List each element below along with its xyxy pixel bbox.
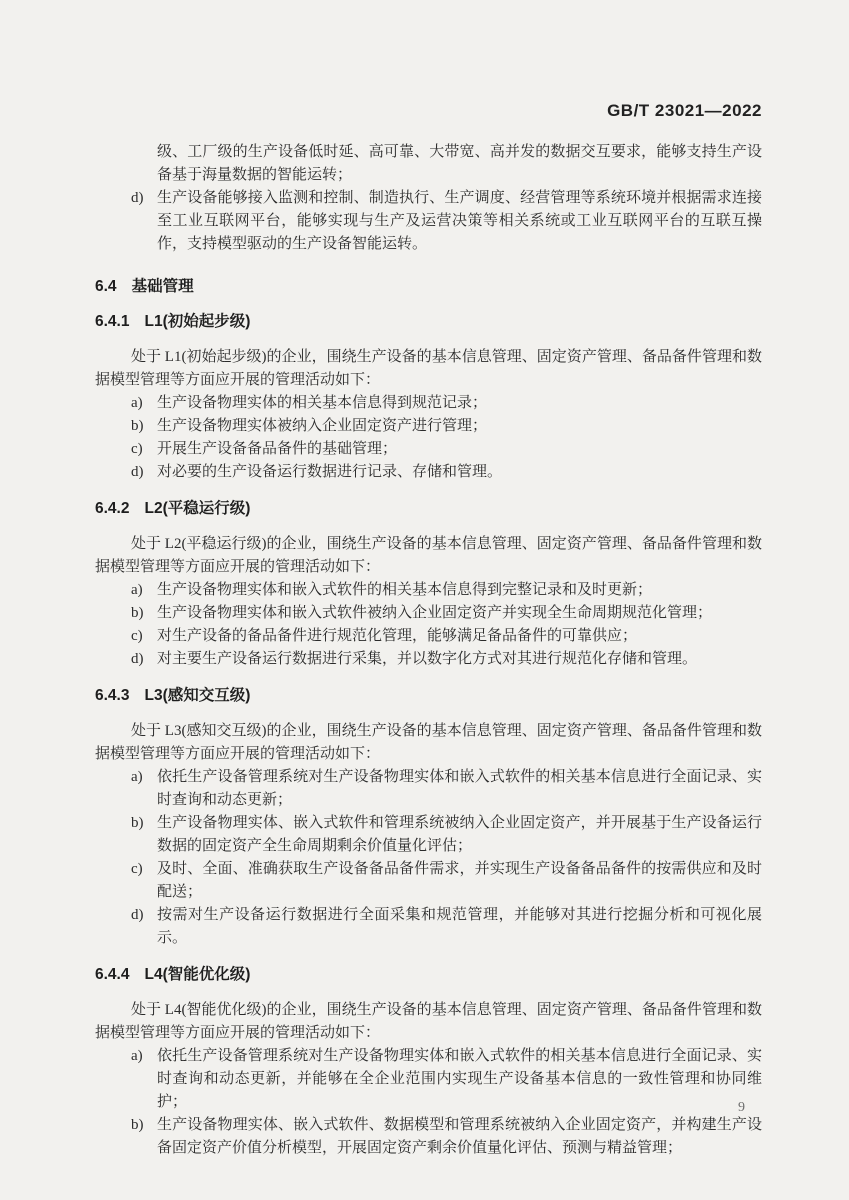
- subsection-title: L1(初始起步级): [144, 313, 250, 330]
- list-marker: a): [131, 766, 143, 789]
- list-text: 生产设备物理实体、嵌入式软件、数据模型和管理系统被纳入企业固定资产，并构建生产设…: [157, 1117, 762, 1156]
- intro-paragraph: 处于 L4(智能优化级)的企业，围绕生产设备的基本信息管理、固定资产管理、备品备…: [95, 999, 762, 1045]
- list-item: c) 及时、全面、准确获取生产设备备品备件需求，并实现生产设备备品备件的按需供应…: [95, 858, 762, 904]
- list-text: 生产设备物理实体被纳入企业固定资产进行管理；: [157, 418, 487, 434]
- list-marker: b): [131, 812, 144, 835]
- list-item: b) 生产设备物理实体被纳入企业固定资产进行管理；: [95, 415, 762, 438]
- list-text: 生产设备物理实体和嵌入式软件被纳入企业固定资产并实现全生命周期规范化管理；: [157, 605, 712, 621]
- list-item: b) 生产设备物理实体、嵌入式软件、数据模型和管理系统被纳入企业固定资产，并构建…: [95, 1114, 762, 1160]
- subsection-number: 6.4.3: [95, 687, 129, 704]
- list-text: 生产设备物理实体、嵌入式软件和管理系统被纳入企业固定资产，并开展基于生产设备运行…: [157, 815, 762, 854]
- list-text: 生产设备物理实体的相关基本信息得到规范记录；: [157, 395, 487, 411]
- subsection-heading: 6.4.4L4(智能优化级): [95, 965, 762, 985]
- subsection-title: L2(平稳运行级): [144, 500, 250, 517]
- section-title: 基础管理: [132, 278, 194, 295]
- list-marker: d): [131, 648, 144, 671]
- list-text: 依托生产设备管理系统对生产设备物理实体和嵌入式软件的相关基本信息进行全面记录、实…: [157, 1048, 762, 1110]
- list-item: c) 开展生产设备备品备件的基础管理；: [95, 438, 762, 461]
- list-item: d) 对主要生产设备运行数据进行采集，并以数字化方式对其进行规范化存储和管理。: [95, 648, 762, 671]
- list-marker: a): [131, 579, 143, 602]
- standard-number: GB/T 23021—2022: [95, 102, 762, 120]
- list-item: a) 依托生产设备管理系统对生产设备物理实体和嵌入式软件的相关基本信息进行全面记…: [95, 1045, 762, 1114]
- intro-paragraph: 处于 L1(初始起步级)的企业，围绕生产设备的基本信息管理、固定资产管理、备品备…: [95, 346, 762, 392]
- list-marker: a): [131, 1045, 143, 1068]
- list-text: 按需对生产设备运行数据进行全面采集和规范管理，并能够对其进行挖掘分析和可视化展示…: [157, 907, 762, 946]
- list-marker: d): [131, 904, 144, 927]
- subsection-title: L4(智能优化级): [144, 966, 250, 983]
- list-marker: d): [131, 187, 144, 210]
- continued-item-tail: 级、工厂级的生产设备低时延、高可靠、大带宽、高并发的数据交互要求，能够支持生产设…: [95, 141, 762, 187]
- list-item: d) 对必要的生产设备运行数据进行记录、存储和管理。: [95, 461, 762, 484]
- document-page: GB/T 23021—2022 级、工厂级的生产设备低时延、高可靠、大带宽、高并…: [0, 0, 849, 1200]
- list-item: d) 按需对生产设备运行数据进行全面采集和规范管理，并能够对其进行挖掘分析和可视…: [95, 904, 762, 950]
- subsection-number: 6.4.4: [95, 966, 129, 983]
- list-marker: b): [131, 415, 144, 438]
- intro-paragraph: 处于 L2(平稳运行级)的企业，围绕生产设备的基本信息管理、固定资产管理、备品备…: [95, 533, 762, 579]
- subsection-6-4-2: 6.4.2L2(平稳运行级) 处于 L2(平稳运行级)的企业，围绕生产设备的基本…: [95, 499, 762, 671]
- subsection-6-4-3: 6.4.3L3(感知交互级) 处于 L3(感知交互级)的企业，围绕生产设备的基本…: [95, 686, 762, 950]
- list-item: a) 依托生产设备管理系统对生产设备物理实体和嵌入式软件的相关基本信息进行全面记…: [95, 766, 762, 812]
- list-text: 依托生产设备管理系统对生产设备物理实体和嵌入式软件的相关基本信息进行全面记录、实…: [157, 769, 762, 808]
- list-text: 对生产设备的备品备件进行规范化管理，能够满足备品备件的可靠供应；: [157, 628, 637, 644]
- section-heading: 6.4基础管理: [95, 277, 762, 297]
- page-number: 9: [738, 1100, 745, 1116]
- list-text: 及时、全面、准确获取生产设备备品备件需求，并实现生产设备备品备件的按需供应和及时…: [157, 861, 762, 900]
- list-marker: c): [131, 625, 143, 648]
- list-marker: c): [131, 858, 143, 881]
- list-marker: a): [131, 392, 143, 415]
- subsection-heading: 6.4.2L2(平稳运行级): [95, 499, 762, 519]
- subsection-6-4-4: 6.4.4L4(智能优化级) 处于 L4(智能优化级)的企业，围绕生产设备的基本…: [95, 965, 762, 1160]
- list-item: a) 生产设备物理实体和嵌入式软件的相关基本信息得到完整记录和及时更新；: [95, 579, 762, 602]
- section-number: 6.4: [95, 278, 117, 295]
- list-text: 对主要生产设备运行数据进行采集，并以数字化方式对其进行规范化存储和管理。: [157, 651, 697, 667]
- list-marker: b): [131, 602, 144, 625]
- subsection-6-4-1: 6.4.1L1(初始起步级) 处于 L1(初始起步级)的企业，围绕生产设备的基本…: [95, 312, 762, 484]
- list-item: b) 生产设备物理实体、嵌入式软件和管理系统被纳入企业固定资产，并开展基于生产设…: [95, 812, 762, 858]
- list-text: 生产设备能够接入监测和控制、制造执行、生产调度、经营管理等系统环境并根据需求连接…: [157, 190, 762, 252]
- subsection-heading: 6.4.3L3(感知交互级): [95, 686, 762, 706]
- list-item: a) 生产设备物理实体的相关基本信息得到规范记录；: [95, 392, 762, 415]
- list-item: d) 生产设备能够接入监测和控制、制造执行、生产调度、经营管理等系统环境并根据需…: [95, 187, 762, 256]
- list-text: 生产设备物理实体和嵌入式软件的相关基本信息得到完整记录和及时更新；: [157, 582, 652, 598]
- list-text: 对必要的生产设备运行数据进行记录、存储和管理。: [157, 464, 502, 480]
- list-text: 开展生产设备备品备件的基础管理；: [157, 441, 397, 457]
- list-item: c) 对生产设备的备品备件进行规范化管理，能够满足备品备件的可靠供应；: [95, 625, 762, 648]
- subsection-number: 6.4.2: [95, 500, 129, 517]
- subsection-heading: 6.4.1L1(初始起步级): [95, 312, 762, 332]
- document-body: 级、工厂级的生产设备低时延、高可靠、大带宽、高并发的数据交互要求，能够支持生产设…: [95, 141, 762, 1160]
- list-marker: c): [131, 438, 143, 461]
- subsection-title: L3(感知交互级): [144, 687, 250, 704]
- intro-paragraph: 处于 L3(感知交互级)的企业，围绕生产设备的基本信息管理、固定资产管理、备品备…: [95, 720, 762, 766]
- list-marker: b): [131, 1114, 144, 1137]
- subsection-number: 6.4.1: [95, 313, 129, 330]
- list-marker: d): [131, 461, 144, 484]
- list-item: b) 生产设备物理实体和嵌入式软件被纳入企业固定资产并实现全生命周期规范化管理；: [95, 602, 762, 625]
